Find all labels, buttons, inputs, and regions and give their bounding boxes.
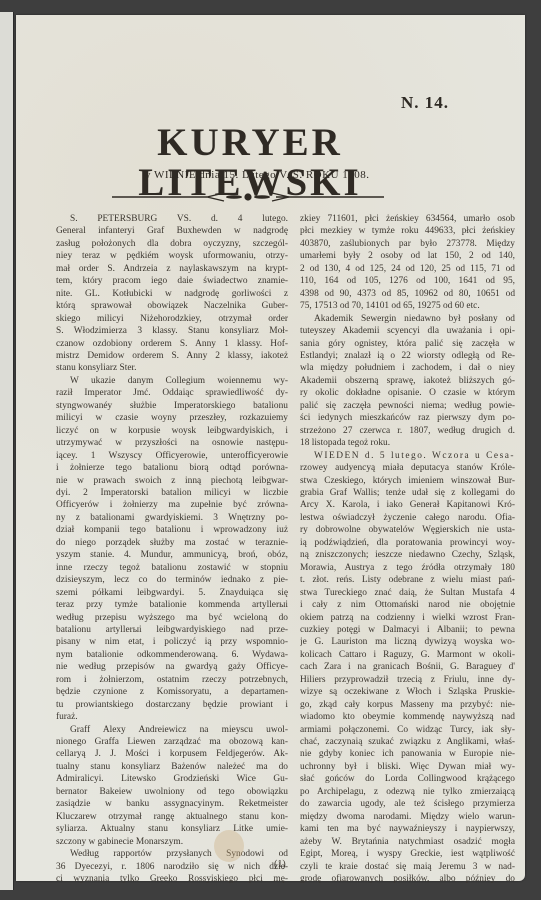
issue-number: N. 14. [401,93,449,113]
text-line: cach Zara i na granicach Bośnii, G. Bara… [300,661,515,673]
text-line: mistrz Demidow orderem S. Anny 2 klassy,… [56,350,288,362]
text-line: Kluczarew otrzymał rangę aktualnego stan… [56,811,288,823]
text-line: stwa Czeskiego, których imieniem winszow… [300,475,515,487]
text-line: General infanteryi Graf Buxhewden w nadg… [56,225,288,237]
text-line: liczyć on w korpusie woysk leibgwardyisk… [56,425,288,437]
text-line: 18 listopada tegoż roku. [300,437,515,449]
text-line: pisany w nim etat, i policzyć ią przy ws… [56,636,288,648]
text-line: dyi. 2 Imperatorski batalion milicyi w l… [56,487,288,499]
text-line: wla między południem i zachodem, i dał o… [300,362,515,374]
text-line: tu prowiantskiego dostarczany będzie pro… [56,699,288,711]
text-line: styngwowanéy służbie Imperatorskiego bat… [56,400,288,412]
text-line: i żołnierze tego batalionu biorą odtąd p… [56,462,288,474]
text-line: zkiey 711601, płci żeńskiey 634564, umar… [300,213,515,225]
text-line: batalionu artyllerыi leibgwardyiskiego n… [56,624,288,636]
text-line: go, zkąd cały korpus Masseny ma przybyć:… [300,699,515,711]
text-line: ry dobrowolne obywatelów Węgierskich nie… [300,524,515,536]
text-line: ażeby W. Brytańnia natychmiast osadzić m… [300,836,515,848]
text-line: będzie czynione z Komissoryatu, a depart… [56,686,288,698]
text-line: Estlandyi; znalazł ią o 22 wiorsty odleg… [300,350,515,362]
text-line: okiem patrzą na codzienny i wielki wzros… [300,612,515,624]
text-line: S. Włodzimierza 3 klassy. Stanu konsylia… [56,325,288,337]
text-line: inne rzeczy tegoż batalionu zostawić w s… [56,562,288,574]
text-line: wiadomo kto obeymie kommendę naywyższą n… [300,711,515,723]
paper-stain [214,830,244,862]
text-line: 403870, zaślubionych par było 273778. Mi… [300,238,515,250]
adjacent-page-edge [0,12,14,890]
text-line: 110, 164 od 105, 1276 od 100, 1641 od 95… [300,275,515,287]
text-line: mał order S. Andrzeia z naylaskawszym na… [56,263,288,275]
text-line: teraz przy tymże batalionie kommenda art… [56,599,288,611]
text-line: W ukazie danym Collegium woiennemu wy- [56,375,288,387]
text-line: dzisieyszym, lecz co do terminów iednako… [56,574,288,586]
text-line: Graff Alexy Andreiewicz na mieyscu uwol- [56,724,288,736]
text-line: je G. Lauriston ma liczną dywizyą woyska… [300,636,515,648]
text-line: ry okolic dokładne opisanie. O czasie w … [300,387,515,399]
text-line: chać, zaczynaią szukać związku z Anglika… [300,736,515,748]
text-line: Egipt, Moreą, i wyspy Greckie, iest wątp… [300,848,515,860]
text-line: lestwa oświadczył życzenie całego narodu… [300,512,515,524]
text-line: dział kompanii tego batalionu i wprowadz… [56,524,288,536]
text-line: Arcy X. Karola, i iako Generał Kapitanow… [300,499,515,511]
text-line: strzeżono 27 czerwca r. 1807, według dru… [300,425,515,437]
text-line: Akademik Sewergin niedawno był posłany o… [300,313,515,325]
text-line: utrzymywać w przyszłości na osnowie nast… [56,437,288,449]
text-line: niey teraz w pędkiém woysk uformowaniu, … [56,250,288,262]
text-line: nie w prawach swoich z inną piechotą lei… [56,475,288,487]
dateline: w WILNIE dnia 15. Lutego V. S. ROKU 1808… [56,169,456,181]
text-line: tualny stanu konsyliarz Bażenów należeć … [56,761,288,773]
text-line: do niego porządek służby ma zostać w ter… [56,537,288,549]
text-line: stwa Tureckiego znać daią, że Sultan Mus… [300,587,515,599]
text-line: tem, który pracom iego daie świadectwo z… [56,275,288,287]
divider-ornament-icon [112,191,384,203]
text-line: stanu konsyliarz Ster. [56,362,288,374]
text-line: yszym stanie. 4. Mundur, ammunicyą, broń… [56,549,288,561]
text-line: cellaryą J. J. Mości i korpusem Feldjege… [56,748,288,760]
text-line: zasług położonych dla dobra oyczyzny, sz… [56,238,288,250]
text-line: Hiliers przyprowadził trzecią z Friulu, … [300,674,515,686]
text-line: ią podźwiądzień, dla poratowania prowinc… [300,537,515,549]
text-line: kolicach Cattaro i Raguzy, G. Marmont w … [300,649,515,661]
text-line: 4398 od 90, 4373 od 85, 10962 od 80, 106… [300,288,515,300]
text-line: do zawarcia ugody, ale też ścisłego przy… [300,798,515,810]
text-line: po Archipelagu, z odezwą nie tylko zmier… [300,786,515,798]
newspaper-page: N. 14. KURYER LITEWSKI w WILNIE dnia 15.… [16,15,525,881]
text-line: którą sprawował obowiązek Naczelnika Gub… [56,300,288,312]
text-line: rom i żołnierzom, ostatnim rzeczy potrze… [56,674,288,686]
text-line: Według rapportów przysłanych Synodowi od [56,848,288,860]
text-line: i cały z nim Ottomański narod nie obojęt… [300,599,515,611]
text-line: bernator Bakeiew uwolniony od tego obowi… [56,786,288,798]
text-line: ci wyznania tylko Greeko Rossyiskiego pł… [56,873,288,885]
text-line: czyli te kraie dostać się maią Jeremu 3 … [300,861,515,873]
text-line: cuzkiey potęgi w Dalmacyi i Albanii; to … [300,624,515,636]
text-line: ną zniszczonych; ieszcze niedawno Czechy… [300,549,515,561]
text-line: S. PETERSBURG VS. d. 4 lutego. [56,213,288,225]
text-line: grabia Graf Wallis; tenże udał się z kol… [300,487,515,499]
text-line: ści iedynych mieszkańców raz pierwszy dy… [300,412,515,424]
text-line: skiego milicyi Niżehorodzkiey, otrzymał … [56,313,288,325]
text-line: rzowey audyencyą miała deputacya stanów … [300,462,515,474]
text-line: płci mezkiey w tymże roku 449633, płci ż… [300,225,515,237]
text-line: tuteyszey Akademii scyencyi dla uważania… [300,325,515,337]
text-line: grodę ofiarowanych posiłków, albo późnie… [300,873,515,885]
text-line: sania góry ognistey, która palić się zac… [300,338,515,350]
text-line: Admiralicyi. Litewsko Grodzieński Wice G… [56,773,288,785]
text-line: słać gońców do Lorda Collingwood krążące… [300,773,515,785]
text-line: palić się zaczęła pewności niema; według… [300,400,515,412]
text-line: według przepisu wyższego ma być wcieloną… [56,612,288,624]
text-line: 75, 17513 od 70, 14101 od 65, 19275 od 6… [300,300,515,312]
text-line: t. złot. reńs. Listy odebrane z wielu mi… [300,574,515,586]
text-line: nite. GL. Kotłubicki w nadgrodę gorliwoś… [56,288,288,300]
text-line: nionego Graffa Liewen zarządzać ma obozo… [56,736,288,748]
text-line: czanow ozdobiony orderem S. Anny 1 klass… [56,338,288,350]
signature-mark: (1) [274,859,286,870]
article-column-right: zkiey 711601, płci żeńskiey 634564, umar… [300,213,515,885]
text-line: wizye są oczekiwane z Włoch i Szląska Pr… [300,686,515,698]
text-line: nym batalionie odkommenderowaną. 6. Wyda… [56,649,288,661]
text-line: iącey. 1 Wszyscy Officyerowie, unteroffì… [56,450,288,462]
text-line: milicyi w czasie woyny przeszłey, rozkaz… [56,412,288,424]
text-line: 2 od 130, 4 od 125, 24 od 120, 25 od 115… [300,263,515,275]
text-line: WIEDEN d. 5 lutego. Wczora u Cesa- [300,450,515,462]
text-line: Officyerów i żołnierzy ma zupełnie być z… [56,499,288,511]
text-line: między dwoma narodami. Między wielo waru… [300,811,515,823]
text-line: umarłemi były 2 osoby od lat 150, 2 od 1… [300,250,515,262]
text-line: 36 Dyecezyi, r. 1806 narodziło się w nic… [56,861,288,873]
text-line: szczony w gabinecie Monarszym. [56,836,288,848]
text-line: nie gdyby koniec ich panowania w Europie… [300,748,515,760]
text-line: armiami połączonemi. Co widząc Turcy, ia… [300,724,515,736]
text-line: Morawia, Austrya z tego źródła otrzymały… [300,562,515,574]
text-line: uchronny był i bliski. Więc Dywan miał w… [300,761,515,773]
text-line: ny z batalionami gwardyiskiemi. 3 Wnętrz… [56,512,288,524]
text-line: kami ten ma być naywaźnieyszy i naypierw… [300,823,515,835]
article-column-left: S. PETERSBURG VS. d. 4 lutego.General in… [56,213,288,885]
text-line: zasiądzie w banku assygnacyinym. Reketme… [56,798,288,810]
text-line: Akademii obszerną sprawę, iakoteż bliższ… [300,375,515,387]
text-line: nie według przepisów na gwardyą gaży Off… [56,661,288,673]
text-line: szemi półkami leibgwardyi. 5. Znayduiąca… [56,587,288,599]
text-line: syliarza. Aktualny stanu konsyliarz Litk… [56,823,288,835]
text-line: raził Imperator Jmć. Oddaiąc sprawiedliw… [56,387,288,399]
text-line: furaż. [56,711,288,723]
